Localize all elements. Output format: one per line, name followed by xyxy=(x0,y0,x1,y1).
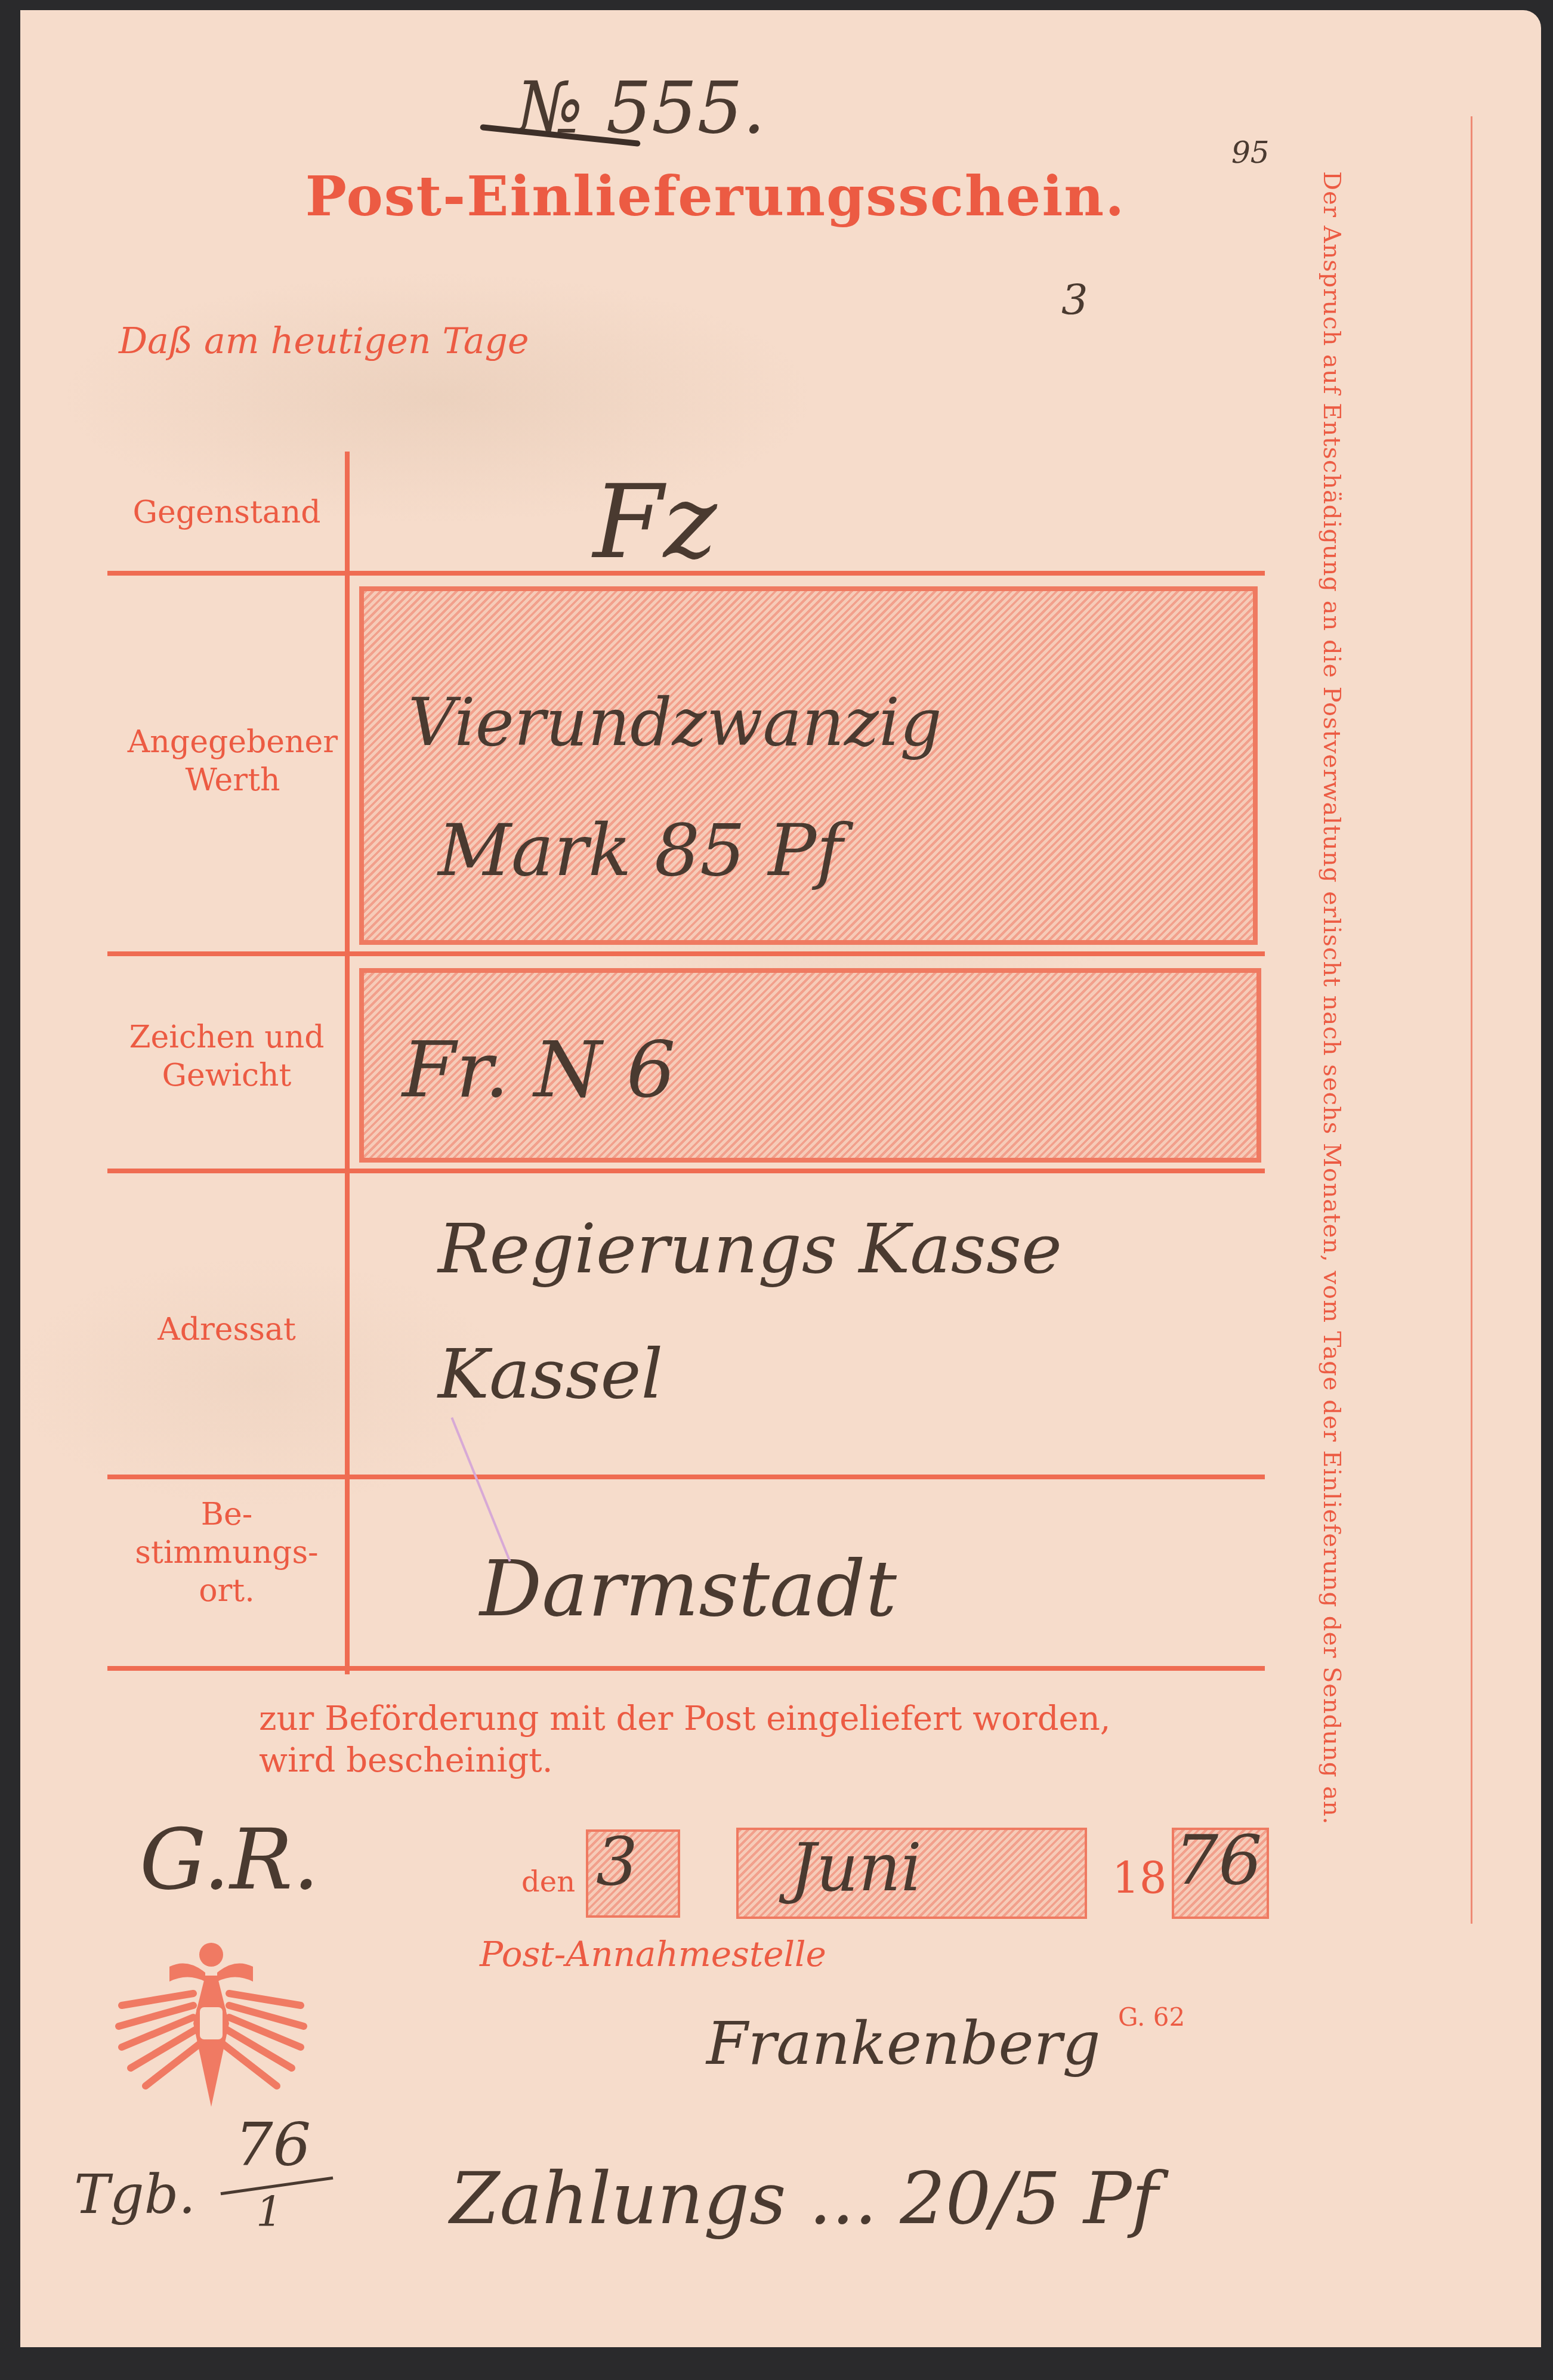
row-line-3 xyxy=(107,1169,1265,1173)
date-year-handwritten: 76 xyxy=(1175,1820,1262,1900)
date-month: Juni xyxy=(790,1829,922,1906)
row-line-2 xyxy=(107,951,1265,956)
tgb-numerator: 76 xyxy=(235,2110,311,2180)
value-zeichen: Fr. N 6 xyxy=(402,1024,676,1115)
intro-text: Daß am heutigen Tage xyxy=(119,320,529,362)
label-zeichen: Zeichen und Gewicht xyxy=(107,1018,346,1095)
office-label: Post-Annahmestelle xyxy=(480,1934,826,1974)
tgb-prefix: Tgb. xyxy=(74,2163,196,2226)
date-year-printed: 18 xyxy=(1112,1853,1167,1903)
label-part: Be- xyxy=(107,1495,346,1534)
corner-note: 95 xyxy=(1231,135,1270,170)
label-bestimmungsort: Be- stimmungs- ort. xyxy=(107,1495,346,1610)
bottom-note: Zahlungs ... 20/5 Pf xyxy=(450,2158,1158,2240)
value-adressat-line2: Kassel xyxy=(438,1334,663,1414)
tgb-denominator: 1 xyxy=(256,2187,283,2236)
office-signature: Frankenberg xyxy=(706,2008,1100,2078)
margin-number: 3 xyxy=(1061,276,1088,324)
printer-mark: G. 62 xyxy=(1118,2002,1185,2032)
row-line-5 xyxy=(107,1666,1265,1671)
value-werth-line1: Vierundzwanzig xyxy=(408,684,942,761)
date-prefix: den xyxy=(521,1865,575,1899)
value-werth-line2: Mark 85 Pf xyxy=(438,809,843,892)
document-title: Post-Einlieferungsschein. xyxy=(262,164,1169,228)
violet-pencil-mark xyxy=(450,1417,511,1562)
value-gegenstand: Fz xyxy=(593,463,717,582)
value-adressat-line1: Regierungs Kasse xyxy=(438,1209,1062,1289)
right-margin-line xyxy=(1471,116,1472,1924)
side-notice: Der Anspruch auf Entschädigung an die Po… xyxy=(1318,171,1345,1985)
label-gegenstand: Gegenstand xyxy=(107,493,346,531)
label-adressat: Adressat xyxy=(107,1310,346,1349)
receipt-paper: № 555. 95 Post-Einlieferungsschein. 3 Da… xyxy=(20,10,1541,2347)
label-werth: Angegebener Werth xyxy=(107,723,358,799)
date-day: 3 xyxy=(596,1823,638,1900)
imperial-eagle-icon xyxy=(110,1940,313,2119)
left-initials: G.R. xyxy=(140,1812,319,1909)
label-part: ort. xyxy=(107,1572,346,1610)
closing-line-1: zur Beförderung mit der Post eingeliefer… xyxy=(259,1698,1111,1740)
label-part: stimmungs- xyxy=(107,1534,346,1572)
row-line-4 xyxy=(107,1475,1265,1479)
closing-line-2: wird bescheinigt. xyxy=(259,1740,553,1782)
value-bestimmungsort: Darmstadt xyxy=(480,1543,897,1634)
